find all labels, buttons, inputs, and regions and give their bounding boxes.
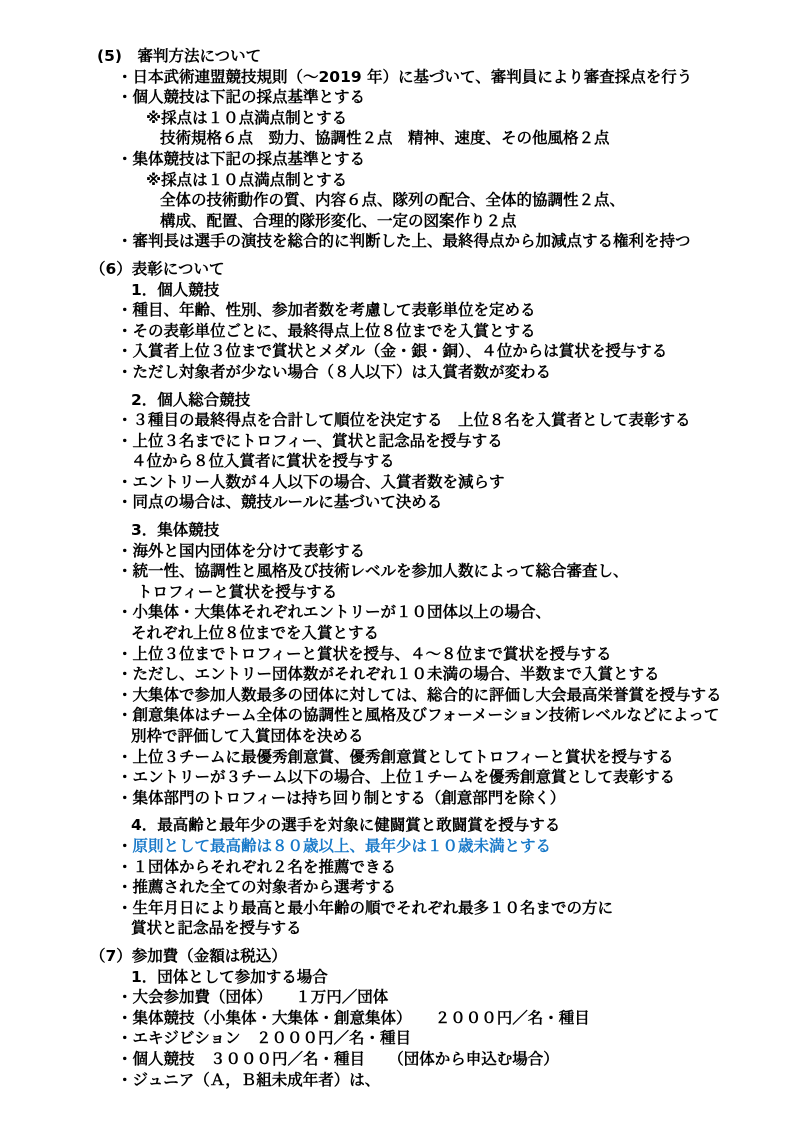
doc-line: ・３種目の最終得点を合計して順位を決定する 上位８名を入賞者として表彰する	[90, 410, 764, 431]
doc-line: 全体の技術動作の質、内容６点、隊列の配合、全体的協調性２点、	[90, 190, 764, 211]
doc-line: ・原則として最高齢は８０歳以上、最年少は１０歳未満とする	[90, 836, 764, 857]
section-gap	[90, 252, 764, 259]
doc-line: ・海外と国内団体を分けて表彰する	[90, 541, 764, 562]
doc-line: ・上位３チームに最優秀創意賞、優秀創意賞としてトロフィーと賞状を授与する	[90, 747, 764, 768]
doc-line: ・エントリーが３チーム以下の場合、上位１チームを優秀創意賞として表彰する	[90, 767, 764, 788]
doc-line: ・大集体で参加人数最多の団体に対しては、総合的に評価し大会最高栄誉賞を授与する	[90, 685, 764, 706]
section-gap	[90, 383, 764, 390]
doc-line: ・審判長は選手の演技を総合的に判断した上、最終得点から加減点する権利を持つ	[90, 231, 764, 252]
doc-line: ・上位３位までトロフィーと賞状を授与、４～８位まで賞状を授与する	[90, 644, 764, 665]
section-gap	[90, 939, 764, 946]
doc-line: ※採点は１０点満点制とする	[90, 108, 764, 129]
doc-line: ・個人競技は下記の採点基準とする	[90, 87, 764, 108]
doc-line: ・エントリー人数が４人以下の場合、入賞者数を減らす	[90, 472, 764, 493]
doc-line: 1．団体として参加する場合	[90, 967, 764, 988]
doc-line: ※採点は１０点満点制とする	[90, 170, 764, 191]
doc-line: 1．個人競技	[90, 280, 764, 301]
doc-line: ４位から８位入賞者に賞状を授与する	[90, 451, 764, 472]
doc-line: 別枠で評価して入賞団体を決める	[90, 726, 764, 747]
section-gap	[90, 513, 764, 520]
doc-line: ・推薦された全ての対象者から選考する	[90, 877, 764, 898]
document-page: (5) 審判方法について・日本武術連盟競技規則（～2019 年）に基づいて、審判…	[0, 0, 794, 1123]
doc-line: ・集体部門のトロフィーは持ち回り制とする（創意部門を除く）	[90, 788, 764, 809]
doc-line: ・入賞者上位３位まで賞状とメダル（金・銀・銅）、４位からは賞状を授与する	[90, 341, 764, 362]
doc-line: ・統一性、協調性と風格及び技術レベルを参加人数によって総合審査し、	[90, 561, 764, 582]
doc-line: ・大会参加費（団体） １万円／団体	[90, 987, 764, 1008]
highlighted-text: 原則として最高齢は８０歳以上、最年少は１０歳未満とする	[133, 837, 552, 855]
section-heading-sec-7: （7）参加費（金額は税込）	[90, 946, 764, 967]
section-gap	[90, 808, 764, 815]
doc-line: ・日本武術連盟競技規則（～2019 年）に基づいて、審判員により審査採点を行う	[90, 67, 764, 88]
doc-line: ・小集体・大集体それぞれエントリーが１０団体以上の場合、	[90, 602, 764, 623]
doc-line: ・個人競技 ３０００円／名・種目 （団体から申込む場合）	[90, 1049, 764, 1070]
section-heading-sec-6: （6）表彰について	[90, 259, 764, 280]
doc-line: ・生年月日により最高と最小年齢の順でそれぞれ最多１０名までの方に	[90, 898, 764, 919]
doc-line: 4．最高齢と最年少の選手を対象に健闘賞と敢闘賞を授与する	[90, 815, 764, 836]
doc-line: ・集体競技は下記の採点基準とする	[90, 149, 764, 170]
doc-line: 3．集体競技	[90, 520, 764, 541]
section-heading-sec-5: (5) 審判方法について	[90, 46, 764, 67]
doc-line: ・上位３名までにトロフィー、賞状と記念品を授与する	[90, 431, 764, 452]
doc-line: 賞状と記念品を授与する	[90, 918, 764, 939]
doc-line: ・ただし対象者が少ない場合（８人以下）は入賞者数が変わる	[90, 362, 764, 383]
doc-line: 2．個人総合競技	[90, 390, 764, 411]
doc-line: ・ただし、エントリー団体数がそれぞれ１０未満の場合、半数まで入賞とする	[90, 664, 764, 685]
doc-line: ・同点の場合は、競技ルールに基づいて決める	[90, 492, 764, 513]
doc-line: それぞれ上位８位までを入賞とする	[90, 623, 764, 644]
doc-line: ・エキジビション ２０００円／名・種目	[90, 1028, 764, 1049]
document-body: (5) 審判方法について・日本武術連盟競技規則（～2019 年）に基づいて、審判…	[90, 46, 764, 1090]
doc-line: 構成、配置、合理的隊形変化、一定の図案作り２点	[90, 211, 764, 232]
doc-line: ・その表彰単位ごとに、最終得点上位８位までを入賞とする	[90, 321, 764, 342]
bullet-glyph: ・	[117, 837, 133, 855]
doc-line: ・集体競技（小集体・大集体・創意集体） ２０００円／名・種目	[90, 1008, 764, 1029]
doc-line: 技術規格６点 勁力、協調性２点 精神、速度、その他風格２点	[90, 128, 764, 149]
doc-line: ・１団体からそれぞれ２名を推薦できる	[90, 857, 764, 878]
doc-line: ・創意集体はチーム全体の協調性と風格及びフォーメーション技術レベルなどによって	[90, 705, 764, 726]
doc-line: ・種目、年齢、性別、参加者数を考慮して表彰単位を定める	[90, 300, 764, 321]
doc-line: トロフィーと賞状を授与する	[90, 582, 764, 603]
doc-line: ・ジュニア（Ａ，Ｂ組未成年者）は、	[90, 1070, 764, 1091]
